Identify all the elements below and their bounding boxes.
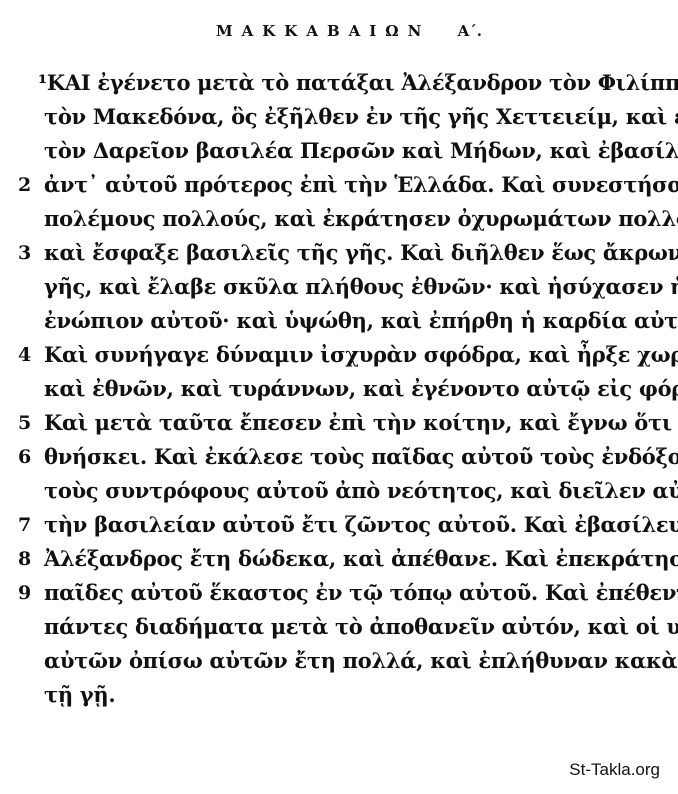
line-text: ἐνώπιον αὐτοῦ· καὶ ὑψώθη, καὶ ἐπήρθη ἡ κ… — [44, 306, 656, 336]
verse-number: 5 — [18, 408, 38, 438]
watermark: St-Takla.org — [569, 760, 660, 780]
line-text: τῇ γῇ. — [44, 680, 656, 710]
text-line: πολέμους πολλούς, καὶ ἐκράτησεν ὀχυρωμάτ… — [0, 204, 678, 234]
text-line: καὶ ἐθνῶν, καὶ τυράννων, καὶ ἐγένοντο αὐ… — [0, 374, 678, 404]
text-line: τὸν Δαρεῖον βασιλέα Περσῶν καὶ Μήδων, κα… — [0, 136, 678, 166]
text-line: 8 Ἀλέξανδρος ἔτη δώδεκα, καὶ ἀπέθανε. Κα… — [0, 544, 678, 574]
book-number: Α΄. — [458, 22, 482, 40]
line-text: γῆς, καὶ ἔλαβε σκῦλα πλήθους ἐθνῶν· καὶ … — [44, 272, 656, 302]
line-text: πολέμους πολλούς, καὶ ἐκράτησεν ὀχυρωμάτ… — [44, 204, 656, 234]
verse-number: 9 — [18, 578, 38, 608]
text-line: τὸν Μακεδόνα, ὃς ἐξῆλθεν ἐν τῆς γῆς Χεττ… — [0, 102, 678, 132]
line-text: τὴν βασιλείαν αὐτοῦ ἔτι ζῶντος αὐτοῦ. Κα… — [44, 510, 656, 540]
text-line: αὐτῶν ὀπίσω αὐτῶν ἔτη πολλά, καὶ ἐπλήθυν… — [0, 646, 678, 676]
scanned-page: ΜΑΚΚΑΒΑΙΩΝ Α΄. ¹ΚΑΙ ἐγένετο μετὰ τὸ πατά… — [0, 0, 678, 794]
text-line: 2 ἀντ᾿ αὐτοῦ πρότερος ἐπὶ τὴν Ἑλλάδα. Κα… — [0, 170, 678, 200]
line-text: καὶ ἐθνῶν, καὶ τυράννων, καὶ ἐγένοντο αὐ… — [44, 374, 656, 404]
line-text: Ἀλέξανδρος ἔτη δώδεκα, καὶ ἀπέθανε. Καὶ … — [44, 544, 656, 574]
text-line: πάντες διαδήματα μετὰ τὸ ἀποθανεῖν αὐτόν… — [0, 612, 678, 642]
line-text: τὸν Μακεδόνα, ὃς ἐξῆλθεν ἐν τῆς γῆς Χεττ… — [44, 102, 656, 132]
line-text: παῖδες αὐτοῦ ἕκαστος ἐν τῷ τόπῳ αὐτοῦ. Κ… — [44, 578, 656, 608]
line-text: Καὶ μετὰ ταῦτα ἔπεσεν ἐπὶ τὴν κοίτην, κα… — [44, 408, 656, 438]
text-line: 3 καὶ ἔσφαξε βασιλεῖς τῆς γῆς. Καὶ διῆλθ… — [0, 238, 678, 268]
text-line: 9 παῖδες αὐτοῦ ἕκαστος ἐν τῷ τόπῳ αὐτοῦ.… — [0, 578, 678, 608]
verse-number: 3 — [18, 238, 38, 268]
book-title: ΜΑΚΚΑΒΑΙΩΝ — [216, 22, 430, 40]
line-text: τοὺς συντρόφους αὐτοῦ ἀπὸ νεότητος, καὶ … — [44, 476, 656, 506]
line-text: πάντες διαδήματα μετὰ τὸ ἀποθανεῖν αὐτόν… — [44, 612, 656, 642]
text-line: τῇ γῇ. — [0, 680, 678, 710]
verse-number: 6 — [18, 442, 38, 472]
line-text: Καὶ συνήγαγε δύναμιν ἰσχυρὰν σφόδρα, καὶ… — [44, 340, 656, 370]
verse-number: 7 — [18, 510, 38, 540]
text-line: 6 θνήσκει. Καὶ ἐκάλεσε τοὺς παῖδας αὐτοῦ… — [0, 442, 678, 472]
verse-number: 4 — [18, 340, 38, 370]
text-line: ἐνώπιον αὐτοῦ· καὶ ὑψώθη, καὶ ἐπήρθη ἡ κ… — [0, 306, 678, 336]
line-text: θνήσκει. Καὶ ἐκάλεσε τοὺς παῖδας αὐτοῦ τ… — [44, 442, 656, 472]
line-text: τὸν Δαρεῖον βασιλέα Περσῶν καὶ Μήδων, κα… — [44, 136, 656, 166]
verse-number: 2 — [18, 170, 38, 200]
text-line: τοὺς συντρόφους αὐτοῦ ἀπὸ νεότητος, καὶ … — [0, 476, 678, 506]
verse-number: 8 — [18, 544, 38, 574]
text-line: 5 Καὶ μετὰ ταῦτα ἔπεσεν ἐπὶ τὴν κοίτην, … — [0, 408, 678, 438]
text-line: 4 Καὶ συνήγαγε δύναμιν ἰσχυρὰν σφόδρα, κ… — [0, 340, 678, 370]
line-text: αὐτῶν ὀπίσω αὐτῶν ἔτη πολλά, καὶ ἐπλήθυν… — [44, 646, 656, 676]
line-text: ¹ΚΑΙ ἐγένετο μετὰ τὸ πατάξαι Ἀλέξανδρον … — [38, 68, 656, 98]
text-line: γῆς, καὶ ἔλαβε σκῦλα πλήθους ἐθνῶν· καὶ … — [0, 272, 678, 302]
running-head: ΜΑΚΚΑΒΑΙΩΝ Α΄. — [0, 22, 678, 40]
text-line: ¹ΚΑΙ ἐγένετο μετὰ τὸ πατάξαι Ἀλέξανδρον … — [0, 68, 678, 98]
line-text: καὶ ἔσφαξε βασιλεῖς τῆς γῆς. Καὶ διῆλθεν… — [44, 238, 656, 268]
text-line: 7 τὴν βασιλείαν αὐτοῦ ἔτι ζῶντος αὐτοῦ. … — [0, 510, 678, 540]
line-text: ἀντ᾿ αὐτοῦ πρότερος ἐπὶ τὴν Ἑλλάδα. Καὶ … — [44, 170, 656, 200]
